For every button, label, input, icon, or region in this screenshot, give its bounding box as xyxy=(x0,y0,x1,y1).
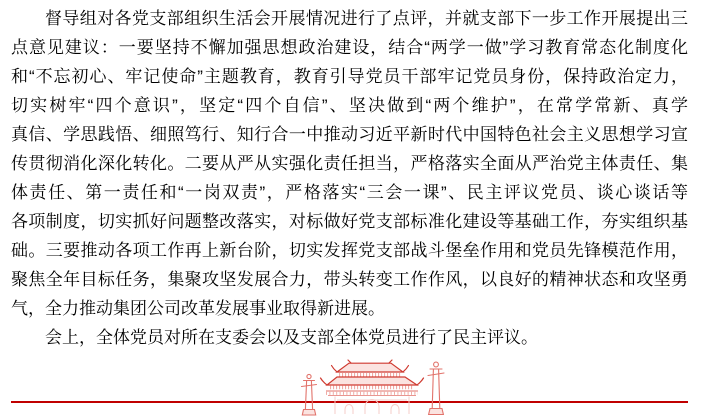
body-text-line: 督导组对各党支部组织生活会开展情况进行了点评，并就支部下一步工作开展提出三 xyxy=(11,4,688,33)
body-text-line: 传贯彻消化深化转化。二要从严从实强化责任担当，严格落实全面从严治党主体责任、集 xyxy=(11,149,688,178)
tiananmen-gate-icon xyxy=(299,356,447,417)
body-text-line: 真信、学思践悟、细照笃行、知行合一中推动习近平新时代中国特色社会主义思想学习宣 xyxy=(11,120,688,149)
body-text-line: 础。三要推动各项工作再上新台阶，切实发挥党支部战斗堡垒作用和党员先锋模范作用， xyxy=(11,236,688,265)
body-text-line: 气，全力推动集团公司改革发展事业取得新进展。 xyxy=(11,294,688,323)
report-body: 督导组对各党支部组织生活会开展情况进行了点评，并就支部下一步工作开展提出三 点意… xyxy=(11,4,688,352)
body-text-line: 点意见建议：一要坚持不懈加强思想政治建设，结合“两学一做”学习教育常态化制度化 xyxy=(11,33,688,62)
body-text-line: 会上，全体党员对所在支委会以及支部全体党员进行了民主评议。 xyxy=(11,323,688,352)
body-text-line: 体责任、第一责任和“一岗双责”，严格落实“三会一课”、民主评议党员、谈心谈话等 xyxy=(11,178,688,207)
body-text-line: 聚焦全年目标任务，集聚攻坚发展合力，带头转变工作作风，以良好的精神状态和攻坚勇 xyxy=(11,265,688,294)
document-page: 督导组对各党支部组织生活会开展情况进行了点评，并就支部下一步工作开展提出三 点意… xyxy=(0,0,701,417)
body-text-line: 切实树牢“四个意识”，坚定“四个自信”、坚决做到“两个维护”，在常学常新、真学 xyxy=(11,91,688,120)
body-text-line: 和“不忘初心、牢记使命”主题教育，教育引导党员干部牢记党员身份，保持政治定力， xyxy=(11,62,688,91)
body-text-line: 各项制度，切实抓好问题整改落实，对标做好党支部标准化建设等基础工作，夯实组织基 xyxy=(11,207,688,236)
